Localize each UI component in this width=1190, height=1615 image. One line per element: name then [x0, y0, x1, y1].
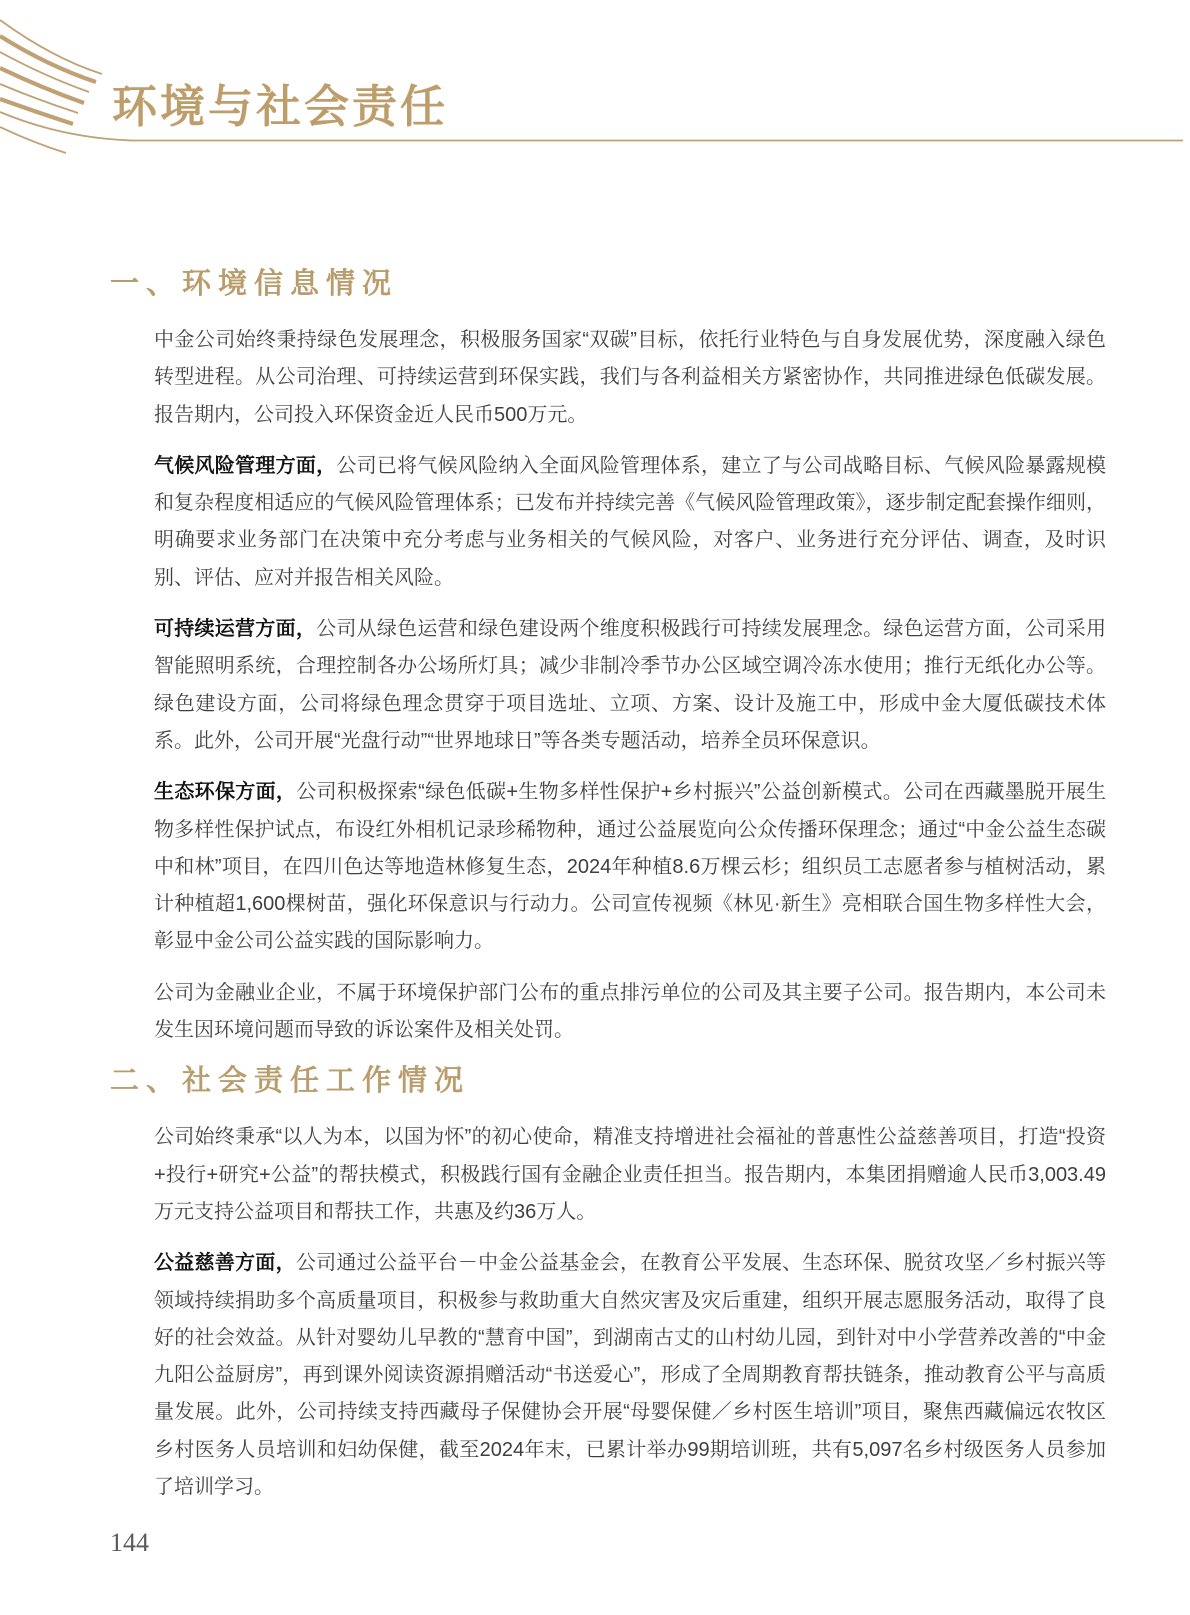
paragraph-lead: 可持续运营方面， — [154, 618, 316, 640]
paragraph-text: 公司积极探索“绿色低碳+生物多样性保护+乡村振兴”公益创新模式。公司在西藏墨脱开… — [154, 781, 1106, 952]
report-page: 环境与社会责任 一、环境信息情况 中金公司始终秉持绿色发展理念，积极服务国家“双… — [0, 0, 1190, 1615]
paragraph-text: 公司通过公益平台－中金公益基金会，在教育公平发展、生态环保、脱贫攻坚／乡村振兴等… — [154, 1252, 1106, 1498]
paragraph-eco-protection: 生态环保方面，公司积极探索“绿色低碳+生物多样性保护+乡村振兴”公益创新模式。公… — [154, 774, 1106, 960]
chapter-title: 环境与社会责任 — [112, 70, 448, 135]
paragraph-lead: 气候风险管理方面， — [154, 455, 336, 477]
paragraph-charity: 公益慈善方面，公司通过公益平台－中金公益基金会，在教育公平发展、生态环保、脱贫攻… — [154, 1245, 1106, 1506]
content-area: 一、环境信息情况 中金公司始终秉持绿色发展理念，积极服务国家“双碳”目标，依托行… — [154, 266, 1106, 1506]
paragraph-climate-risk: 气候风险管理方面，公司已将气候风险纳入全面风险管理体系，建立了与公司战略目标、气… — [154, 448, 1106, 597]
paragraph-sustainable-operations: 可持续运营方面，公司从绿色运营和绿色建设两个维度积极践行可持续发展理念。绿色运营… — [154, 611, 1106, 760]
paragraph-social-overview: 公司始终秉承“以人为本，以国为怀”的初心使命，精准支持增进社会福祉的普惠性公益慈… — [154, 1119, 1106, 1231]
paragraph-text: 中金公司始终秉持绿色发展理念，积极服务国家“双碳”目标，依托行业特色与自身发展优… — [154, 329, 1106, 426]
page-number: 144 — [110, 1528, 149, 1558]
section-heading-social-responsibility: 二、社会责任工作情况 — [110, 1063, 1106, 1099]
paragraph-text: 公司为金融业企业，不属于环境保护部门公布的重点排污单位的公司及其主要子公司。报告… — [154, 982, 1106, 1041]
paragraph-lead: 生态环保方面， — [154, 781, 296, 803]
section-heading-environment: 一、环境信息情况 — [110, 266, 1106, 302]
paragraph-env-overview: 中金公司始终秉持绿色发展理念，积极服务国家“双碳”目标，依托行业特色与自身发展优… — [154, 322, 1106, 434]
paragraph-lead: 公益慈善方面， — [154, 1252, 296, 1274]
paragraph-env-disclaimer: 公司为金融业企业，不属于环境保护部门公布的重点排污单位的公司及其主要子公司。报告… — [154, 975, 1106, 1050]
paragraph-text: 公司始终秉承“以人为本，以国为怀”的初心使命，精准支持增进社会福祉的普惠性公益慈… — [154, 1126, 1106, 1223]
